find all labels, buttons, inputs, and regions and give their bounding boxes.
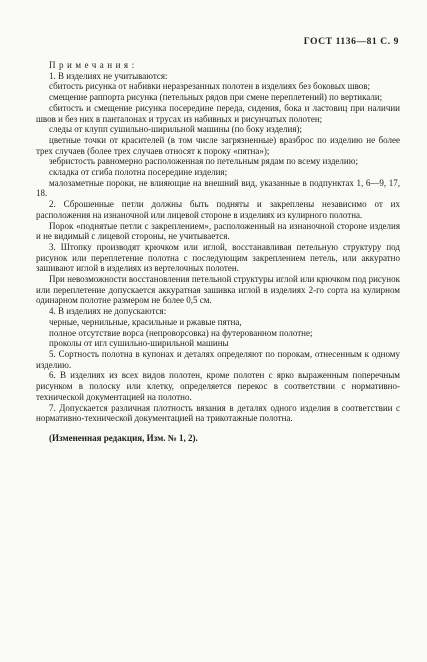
paragraph: следы от клупп сушильно-ширильной машины… (36, 124, 400, 135)
document-body: Примечания:1. В изделиях не учитываются:… (36, 60, 400, 444)
document-page: ГОСТ 1136—81 С. 9 Примечания:1. В издели… (0, 0, 427, 662)
paragraph: зебристость равномерно расположенная по … (36, 156, 400, 167)
paragraph: Порок «поднятые петли с закреплением», р… (36, 221, 400, 242)
paragraph: 1. В изделиях не учитываются: (36, 71, 400, 82)
paragraph: полное отсутствие ворса (непроворсовка) … (36, 328, 400, 339)
paragraph: 6. В изделиях из всех видов полотен, кро… (36, 370, 400, 402)
paragraph: 2. Сброшенные петли должны быть подняты … (36, 199, 400, 220)
paragraph: При невозможности восстановления петельн… (36, 274, 400, 306)
paragraph: Примечания: (36, 60, 400, 71)
paragraph: смещение раппорта рисунка (петельных ряд… (36, 92, 400, 103)
paragraph: складка от сгиба полотна посередине изде… (36, 167, 400, 178)
paragraph: 5. Сортность полотна в купонах и деталях… (36, 349, 400, 370)
paragraph: 3. Штопку производят крючком или иглой, … (36, 242, 400, 274)
paragraph: сбитость и смещение рисунка посередине п… (36, 103, 400, 124)
page-header: ГОСТ 1136—81 С. 9 (304, 37, 399, 47)
paragraph: цветные точки от красителей (в том числе… (36, 135, 400, 156)
paragraph: малозаметные пороки, не влияющие на внеш… (36, 178, 400, 199)
paragraph: 4. В изделиях не допускаются: (36, 306, 400, 317)
paragraph: проколы от игл сушильно-ширильной машины (36, 338, 400, 349)
paragraph: сбитость рисунка от набивки неразрезанны… (36, 81, 400, 92)
paragraph: 7. Допускается различная плотность вязан… (36, 403, 400, 424)
paragraph: черные, чернильные, красильные и ржавые … (36, 317, 400, 328)
paragraph: (Измененная редакция, Изм. № 1, 2). (36, 433, 400, 444)
